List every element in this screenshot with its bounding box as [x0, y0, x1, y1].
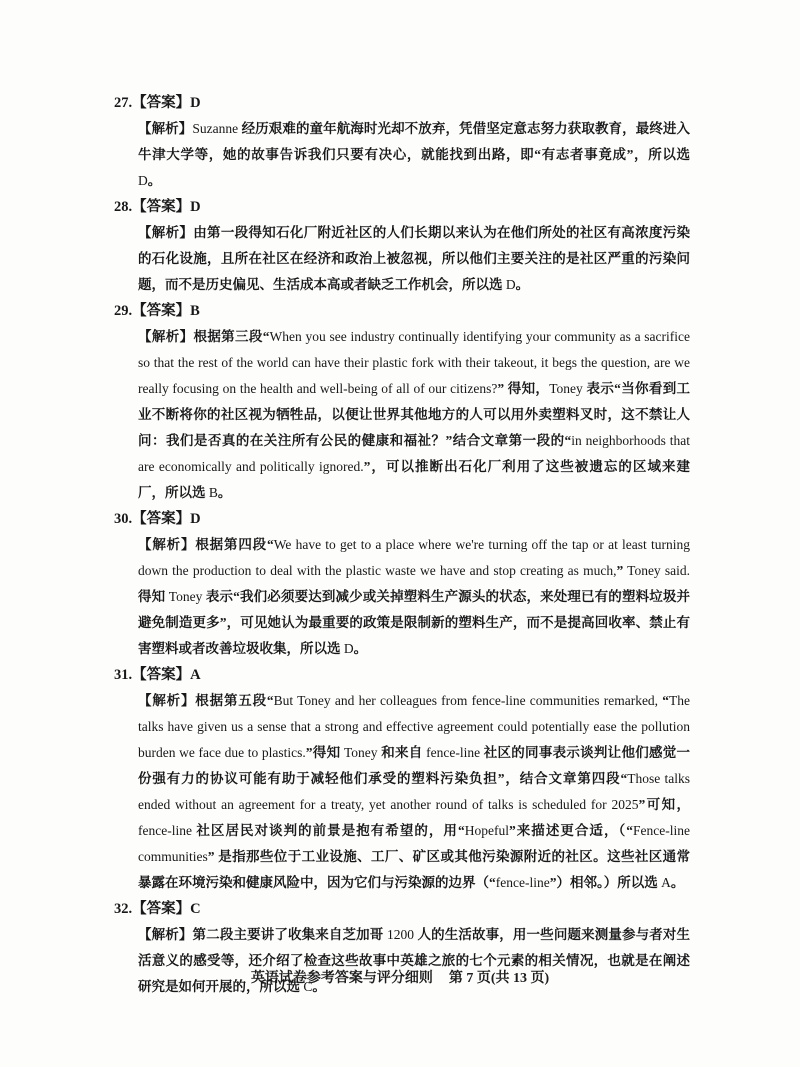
analysis-text: 由第一段得知石化厂附近社区的人们长期以来认为在他们所处的社区有高浓度污染的石化设…: [138, 225, 690, 292]
answer-line: 28.【答案】D: [114, 194, 690, 220]
exam-answer-key-page: 27.【答案】D 【解析】Suzanne 经历艰难的童年航海时光却不放弃，凭借坚…: [0, 0, 800, 1067]
analysis-paragraph: 【解析】根据第四段“We have to get to a place wher…: [138, 532, 690, 662]
analysis-text: 根据第四段“We have to get to a place where we…: [138, 537, 690, 656]
answer-item-29: 29.【答案】B 【解析】根据第三段“When you see industry…: [114, 298, 690, 506]
answer-item-30: 30.【答案】D 【解析】根据第四段“We have to get to a p…: [114, 506, 690, 662]
analysis-label: 【解析】: [138, 225, 193, 240]
answer-label: 【答案】: [132, 901, 190, 917]
answer-letter: A: [190, 667, 200, 683]
answers-list: 27.【答案】D 【解析】Suzanne 经历艰难的童年航海时光却不放弃，凭借坚…: [114, 90, 690, 1000]
analysis-label: 【解析】: [138, 693, 195, 708]
analysis-label: 【解析】: [138, 927, 193, 942]
question-number: 30.: [114, 511, 132, 527]
answer-label: 【答案】: [132, 95, 190, 111]
answer-item-31: 31.【答案】A 【解析】根据第五段“But Toney and her col…: [114, 662, 690, 896]
answer-line: 30.【答案】D: [114, 506, 690, 532]
analysis-text: 根据第五段“But Toney and her colleagues from …: [138, 693, 690, 890]
question-number: 28.: [114, 199, 132, 215]
analysis-paragraph: 【解析】根据第五段“But Toney and her colleagues f…: [138, 688, 690, 896]
analysis-paragraph: 【解析】由第一段得知石化厂附近社区的人们长期以来认为在他们所处的社区有高浓度污染…: [138, 220, 690, 298]
answer-line: 29.【答案】B: [114, 298, 690, 324]
analysis-label: 【解析】: [138, 329, 193, 344]
question-number: 31.: [114, 667, 132, 683]
analysis-text: 根据第三段“When you see industry continually …: [138, 329, 690, 500]
analysis-label: 【解析】: [138, 121, 192, 136]
analysis-text: Suzanne 经历艰难的童年航海时光却不放弃，凭借坚定意志努力获取教育，最终进…: [138, 121, 690, 188]
analysis-paragraph: 【解析】根据第三段“When you see industry continua…: [138, 324, 690, 506]
answer-label: 【答案】: [132, 303, 190, 319]
answer-letter: D: [190, 511, 200, 527]
answer-line: 32.【答案】C: [114, 896, 690, 922]
answer-item-28: 28.【答案】D 【解析】由第一段得知石化厂附近社区的人们长期以来认为在他们所处…: [114, 194, 690, 298]
answer-item-27: 27.【答案】D 【解析】Suzanne 经历艰难的童年航海时光却不放弃，凭借坚…: [114, 90, 690, 194]
answer-line: 31.【答案】A: [114, 662, 690, 688]
analysis-paragraph: 【解析】Suzanne 经历艰难的童年航海时光却不放弃，凭借坚定意志努力获取教育…: [138, 116, 690, 194]
page-footer: 英语试卷参考答案与评分细则第 7 页(共 13 页): [0, 966, 800, 992]
answer-letter: D: [190, 95, 200, 111]
question-number: 32.: [114, 901, 132, 917]
question-number: 29.: [114, 303, 132, 319]
analysis-label: 【解析】: [138, 537, 195, 552]
answer-letter: B: [190, 303, 200, 319]
question-number: 27.: [114, 95, 132, 111]
answer-label: 【答案】: [132, 511, 190, 527]
answer-line: 27.【答案】D: [114, 90, 690, 116]
answer-label: 【答案】: [132, 667, 190, 683]
answer-letter: C: [190, 901, 200, 917]
footer-doc-title: 英语试卷参考答案与评分细则: [251, 971, 433, 986]
footer-page-number: 第 7 页(共 13 页): [449, 971, 549, 986]
answer-letter: D: [190, 199, 200, 215]
answer-label: 【答案】: [132, 199, 190, 215]
